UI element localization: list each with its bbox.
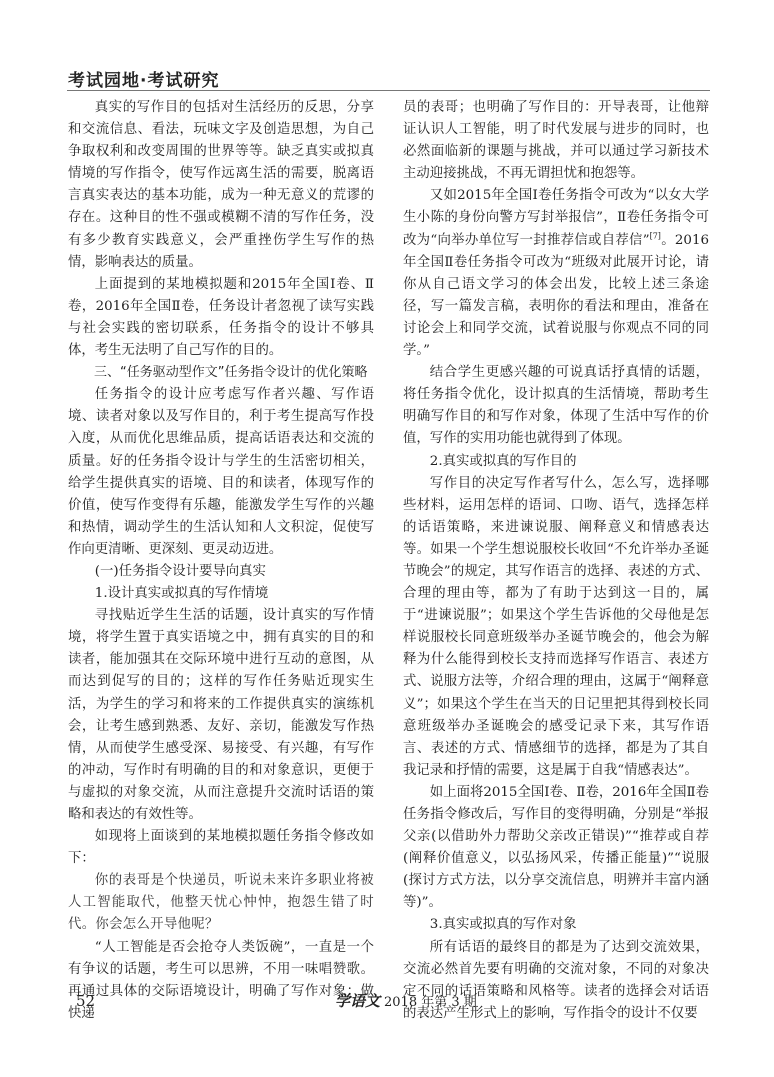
paragraph: 任务指令的设计应考虑写作者兴趣、写作语境、读者对象以及写作目的，利于考生提高写作… bbox=[68, 384, 374, 561]
paragraph: 所有话语的最终目的都是为了达到交流效果，交流必然首先要有明确的交流对象，不同的对… bbox=[403, 937, 709, 1025]
paragraph: “人工智能是否会抢夺人类饭碗”，一直是一个有争议的话题，考生可以思辨，不用一味唱… bbox=[68, 937, 374, 1025]
subheading: 1.设计真实或拟真的写作情境 bbox=[68, 583, 374, 605]
journal-footer: 学语文2018 年第 3 期 bbox=[335, 990, 477, 1011]
right-column: 员的表哥；也明确了写作目的：开导表哥，让他辩证认识人工智能，明了时代发展与进步的… bbox=[403, 97, 709, 1025]
subheading: (一)任务指令设计要导向真实 bbox=[68, 561, 374, 583]
issue-label: 2018 年第 3 期 bbox=[384, 995, 477, 1010]
paragraph: 真实的写作目的包括对生活经历的反思，分享和交流信息、看法，玩味文字及创造思想，为… bbox=[68, 97, 374, 274]
section-heading: 三、“任务驱动型作文”任务指令设计的优化策略 bbox=[68, 362, 374, 384]
subheading: 3.真实或拟真的写作对象 bbox=[403, 914, 709, 936]
paragraph-text: 。2016年全国Ⅱ卷任务指令可改为“班级对此展开讨论，请你从自己语文学习的体会出… bbox=[403, 233, 709, 358]
paragraph-continuation: 员的表哥；也明确了写作目的：开导表哥，让他辩证认识人工智能，明了时代发展与进步的… bbox=[403, 97, 709, 185]
left-column: 真实的写作目的包括对生活经历的反思，分享和交流信息、看法，玩味文字及创造思想，为… bbox=[68, 97, 374, 1025]
paragraph: 如现将上面谈到的某地模拟题任务指令修改如下： bbox=[68, 826, 374, 870]
section-title: 考试园地·考试研究 bbox=[68, 66, 219, 91]
paragraph: 又如2015年全国Ⅰ卷任务指令可改为“以女大学生小陈的身份向警方写封举报信”，Ⅱ… bbox=[403, 185, 709, 362]
paragraph: 寻找贴近学生生活的话题，设计真实的写作情境，将学生置于真实语境之中，拥有真实的目… bbox=[68, 605, 374, 826]
citation-ref[interactable]: [7] bbox=[650, 231, 661, 240]
page-number: 52 bbox=[76, 992, 95, 1010]
paragraph: 如上面将2015全国Ⅰ卷、Ⅱ卷，2016年全国Ⅱ卷任务指令修改后，写作目的变得明… bbox=[403, 782, 709, 915]
running-header: 考试园地·考试研究 bbox=[67, 64, 710, 91]
prompt-quote: 你的表哥是个快递员，听说未来许多职业将被人工智能取代，他整天忧心忡忡，抱怨生错了… bbox=[68, 870, 374, 936]
journal-name: 学语文 bbox=[335, 992, 380, 1010]
subheading: 2.真实或拟真的写作目的 bbox=[403, 451, 709, 473]
paragraph: 结合学生更感兴趣的可说真话抒真情的话题，将任务指令优化，设计拟真的生活情境，帮助… bbox=[403, 362, 709, 450]
paragraph: 上面提到的某地模拟题和2015年全国Ⅰ卷、Ⅱ卷，2016年全国Ⅱ卷，任务设计者忽… bbox=[68, 274, 374, 362]
paragraph: 写作目的决定写作者写什么，怎么写，选择哪些材料，运用怎样的语词、口吻、语气，选择… bbox=[403, 473, 709, 782]
